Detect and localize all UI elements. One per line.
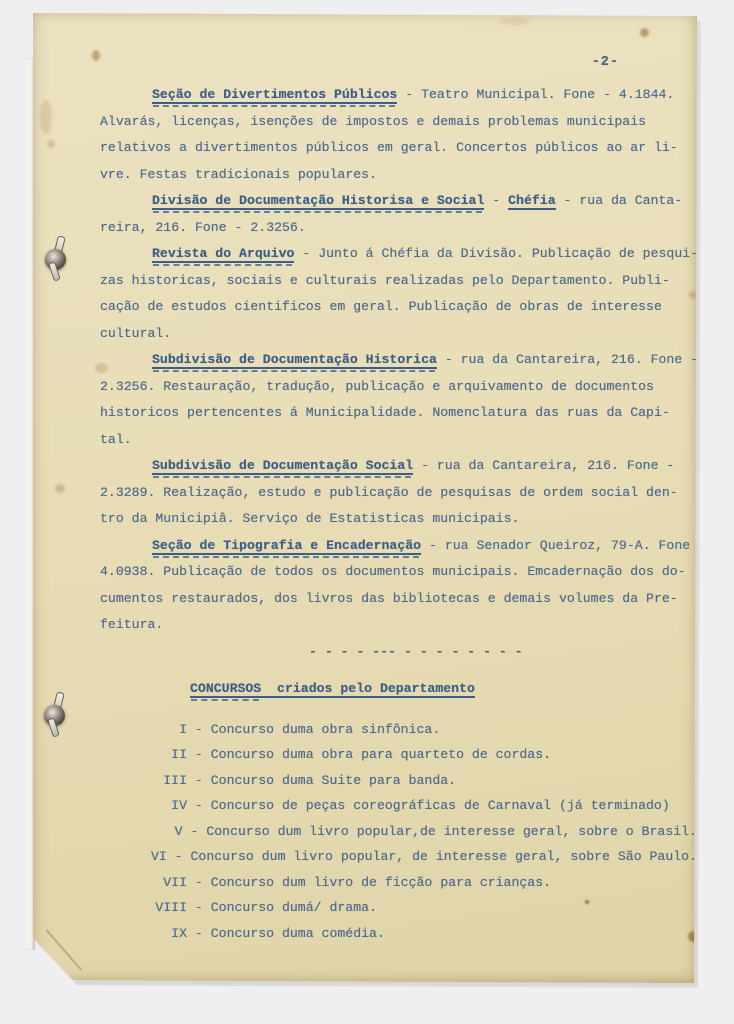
text-line: Divisão de Documentação Historisa e Soci… xyxy=(100,188,700,215)
body-text: Alvarás, licenças, isenções de impostos … xyxy=(100,114,646,129)
body-text: - rua da Cantareira, 216. Fone - xyxy=(437,352,698,367)
text-line: Alvarás, licenças, isenções de impostos … xyxy=(100,109,700,136)
text-line: Subdivisão de Documentação Historica - r… xyxy=(100,347,700,374)
text-line: cultural. xyxy=(100,321,700,348)
concurso-text: Concurso dum livro popular, de interesse… xyxy=(191,844,697,870)
scan-background: -2- Seção de Divertimentos Públicos - Te… xyxy=(0,0,734,1024)
text-line: tro da Municipiâ. Serviço de Estatistica… xyxy=(100,506,700,533)
body-text: historicos pertencentes á Municipalidade… xyxy=(100,405,670,420)
stain xyxy=(40,100,52,134)
text-line: 4.0938. Publicação de todos os documento… xyxy=(100,559,700,586)
concurso-text: Concurso de peças coreográficas de Carna… xyxy=(211,793,670,819)
concursos-heading-main: CONCURSOS xyxy=(190,681,261,698)
text-line: reira, 216. Fone - 2.3256. xyxy=(100,215,700,242)
paragraph: Seção de Divertimentos Públicos - Teatro… xyxy=(100,82,700,188)
text-line: relativos a divertimentos públicos em ge… xyxy=(100,135,700,162)
body-text: - xyxy=(484,193,508,208)
concurso-text: Concurso dum livro popular,de interesse … xyxy=(206,819,697,845)
stain xyxy=(585,900,589,904)
paragraph: Subdivisão de Documentação Historica - r… xyxy=(100,347,700,453)
body-text: - Teatro Municipal. Fone - 4.1844. xyxy=(397,87,674,102)
stain xyxy=(689,291,697,299)
concurso-item: I - Concurso duma obra sinfônica. xyxy=(127,717,697,743)
concursos-list: I - Concurso duma obra sinfônica.II - Co… xyxy=(127,717,697,947)
body-text: cultural. xyxy=(100,326,171,341)
stain xyxy=(47,140,55,148)
text-line: vre. Festas tradicionais populares. xyxy=(100,162,700,189)
concurso-numeral: VIII xyxy=(127,895,187,921)
concurso-numeral: III xyxy=(127,768,187,794)
concurso-dash: - xyxy=(187,870,211,896)
concurso-dash: - xyxy=(187,921,211,947)
body-text: reira, 216. Fone - 2.3256. xyxy=(100,220,306,235)
stain xyxy=(688,931,700,942)
text-line: cação de estudos cientificos em geral. P… xyxy=(100,294,700,321)
body-text: - rua da Canta- xyxy=(556,193,683,208)
concurso-numeral: VI xyxy=(127,844,167,870)
document-body: Seção de Divertimentos Públicos - Teatro… xyxy=(100,82,700,639)
concurso-dash: - xyxy=(187,793,211,819)
body-text: - rua Senador Queiroz, 79-A. Fone - xyxy=(421,538,706,553)
concurso-dash: - xyxy=(187,742,211,768)
stain xyxy=(55,484,65,493)
concurso-dash: - xyxy=(187,717,211,743)
underlined-heading-text: Divisão de Documentação Historisa e Soci… xyxy=(152,193,484,210)
underlined-heading-text: Revista do Arquivo xyxy=(152,246,294,263)
body-text: zas historicas, sociais e culturais real… xyxy=(100,273,670,288)
text-line: Subdivisão de Documentação Social - rua … xyxy=(100,453,700,480)
text-line: feitura. xyxy=(100,612,700,639)
text-line: Seção de Tipografia e Encadernação - rua… xyxy=(100,533,700,560)
concurso-item: IV - Concurso de peças coreográficas de … xyxy=(127,793,697,819)
text-line: tal. xyxy=(100,427,700,454)
concurso-item: III - Concurso duma Suite para banda. xyxy=(127,768,697,794)
text-line: Revista do Arquivo - Junto á Chéfia da D… xyxy=(100,241,700,268)
body-text: 2.3289. Realização, estudo e publicação … xyxy=(100,485,678,500)
concurso-text: Concurso duma obra para quarteto de cord… xyxy=(211,742,551,768)
concursos-heading: CONCURSOS criados pelo Departamento xyxy=(190,676,697,703)
concurso-text: Concurso dum livro de ficção para crianç… xyxy=(211,870,551,896)
body-text: tal. xyxy=(100,432,132,447)
text-line: 2.3256. Restauração, tradução, publicaçã… xyxy=(100,374,700,401)
body-text: relativos a divertimentos públicos em ge… xyxy=(100,140,678,155)
body-text: tro da Municipiâ. Serviço de Estatistica… xyxy=(100,511,519,526)
concurso-item: V - Concurso dum livro popular,de intere… xyxy=(127,819,697,845)
concurso-numeral: I xyxy=(127,717,187,743)
paragraph: Seção de Tipografia e Encadernação - rua… xyxy=(100,533,700,639)
concurso-dash: - xyxy=(187,895,211,921)
stain xyxy=(500,17,530,25)
concurso-item: VII - Concurso dum livro de ficção para … xyxy=(127,870,697,896)
body-text: cumentos restaurados, dos livros das bib… xyxy=(100,591,678,606)
text-line: historicos pertencentes á Municipalidade… xyxy=(100,400,700,427)
concurso-dash: - xyxy=(167,844,191,870)
underlined-heading-text: Seção de Tipografia e Encadernação xyxy=(152,538,421,555)
text-line: 2.3289. Realização, estudo e publicação … xyxy=(100,480,700,507)
concurso-numeral: IV xyxy=(127,793,187,819)
body-text: cação de estudos cientificos em geral. P… xyxy=(100,299,662,314)
stain xyxy=(92,50,100,61)
corner-fold-crease xyxy=(45,929,82,971)
concurso-dash: - xyxy=(183,819,207,845)
body-text: feitura. xyxy=(100,617,163,632)
concurso-text: Concurso duma obra sinfônica. xyxy=(211,717,441,743)
concurso-item: II - Concurso duma obra para quarteto de… xyxy=(127,742,697,768)
paper-fastener-top xyxy=(43,235,71,285)
concurso-item: VI - Concurso dum livro popular, de inte… xyxy=(127,844,697,870)
paragraph: Revista do Arquivo - Junto á Chéfia da D… xyxy=(100,241,700,347)
page-number: -2- xyxy=(592,55,619,70)
concurso-dash: - xyxy=(187,768,211,794)
body-text: - Junto á Chéfia da Divisão. Publicação … xyxy=(294,246,698,261)
underlined-heading-text: Seção de Divertimentos Públicos xyxy=(152,87,397,104)
underlined-heading-text: Subdivisão de Documentação Historica xyxy=(152,352,437,369)
concurso-item: VIII - Concurso dumá/ drama. xyxy=(127,895,697,921)
concurso-numeral: II xyxy=(127,742,187,768)
separator-dashes: - - - - --- - - - - - - - - xyxy=(309,639,697,666)
paragraph: Divisão de Documentação Historisa e Soci… xyxy=(100,188,700,241)
concurso-numeral: VII xyxy=(127,870,187,896)
concurso-item: IX - Concurso duma comédia. xyxy=(127,921,697,947)
text-line: Seção de Divertimentos Públicos - Teatro… xyxy=(100,82,700,109)
concurso-text: Concurso duma comédia. xyxy=(211,921,385,947)
underlined-heading-text: Subdivisão de Documentação Social xyxy=(152,458,413,475)
paper-fastener-bottom xyxy=(42,691,70,741)
concursos-heading-rest: criados pelo Departamento xyxy=(261,681,475,698)
stain xyxy=(95,363,108,373)
body-text: 2.3256. Restauração, tradução, publicaçã… xyxy=(100,379,654,394)
body-text: 4.0938. Publicação de todos os documento… xyxy=(100,564,686,579)
text-line: cumentos restaurados, dos livros das bib… xyxy=(100,586,700,613)
text-line: zas historicas, sociais e culturais real… xyxy=(100,268,700,295)
concurso-text: Concurso dumá/ drama. xyxy=(211,895,377,921)
body-text: vre. Festas tradicionais populares. xyxy=(100,167,377,182)
paragraph: Subdivisão de Documentação Social - rua … xyxy=(100,453,700,533)
concurso-numeral: IX xyxy=(127,921,187,947)
body-text: - rua da Cantareira, 216. Fone - xyxy=(413,458,674,473)
concurso-numeral: V xyxy=(127,819,183,845)
concurso-text: Concurso duma Suite para banda. xyxy=(211,768,456,794)
document-page: -2- Seção de Divertimentos Públicos - Te… xyxy=(33,13,697,983)
underlined-heading-text: Chéfia xyxy=(508,193,555,210)
stain xyxy=(640,28,649,37)
